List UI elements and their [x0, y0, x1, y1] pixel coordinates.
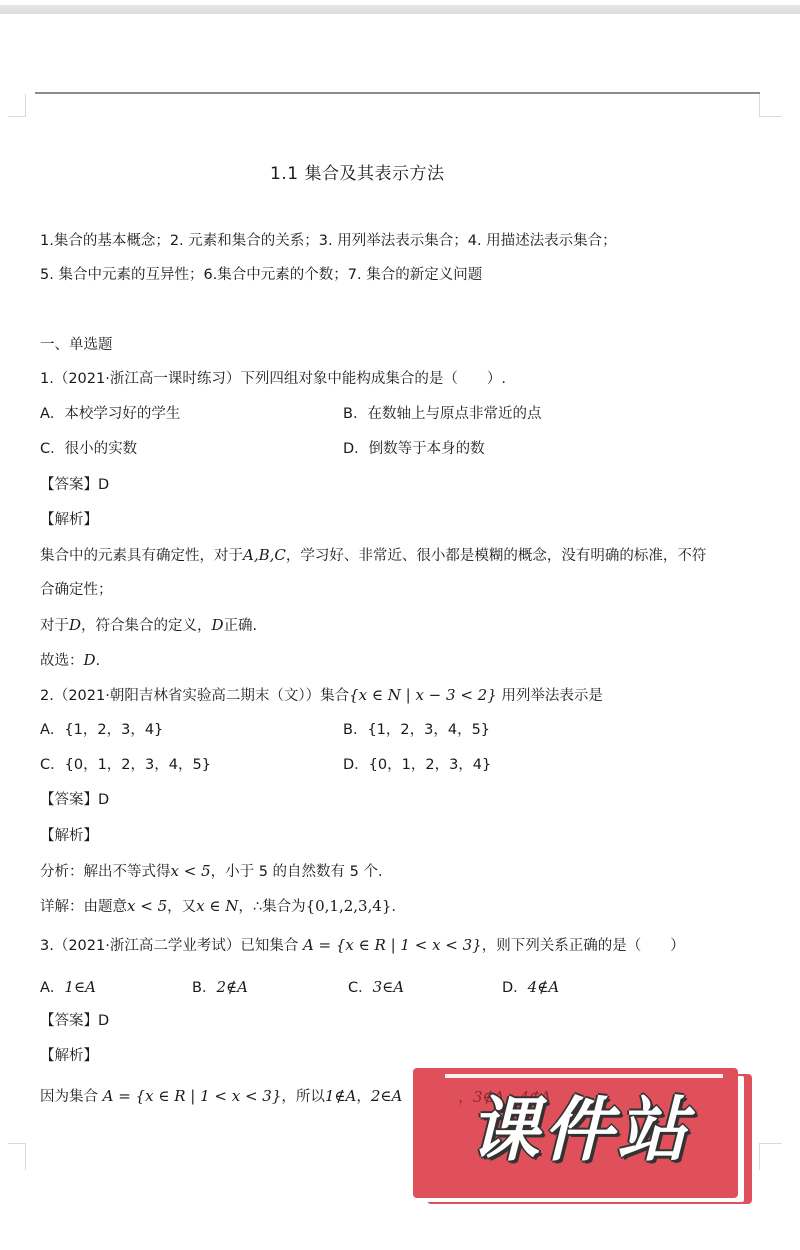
- math-set-a: A = {x ∈ R | 1 < x < 3}: [303, 936, 482, 954]
- watermark-stamp-edge: [445, 1074, 723, 1078]
- question-3-option-a: A．1∈A: [40, 976, 96, 997]
- question-1-analysis-line-4: 故选：D.: [40, 650, 100, 671]
- question-2-analysis-line-1: 分析：解出不等式得x < 5，小于 5 的自然数有 5 个．: [40, 861, 393, 882]
- question-2-option-a: A．{1，2，3，4}: [40, 720, 163, 740]
- question-3-option-c: C．3∈A: [348, 976, 404, 997]
- margin-corner-mark: [8, 1143, 26, 1170]
- section-heading: 一、单选题: [40, 335, 113, 355]
- topics-line-2: 5. 集合中元素的互异性；6.集合中元素的个数；7. 集合的新定义问题: [40, 265, 482, 285]
- question-2-analysis-label: 【解析】: [40, 826, 98, 846]
- topics-line-1: 1.集合的基本概念；2. 元素和集合的关系；3. 用列举法表示集合；4. 用描述…: [40, 231, 617, 251]
- math-abc: A,B,C: [243, 546, 286, 564]
- page-header-rule: [35, 92, 760, 94]
- question-1-stem: 1.（2021·浙江高一课时练习）下列四组对象中能构成集合的是（ ）.: [40, 369, 506, 389]
- question-1-analysis-line-2: 合确定性；: [40, 580, 113, 600]
- math-set-builder: {x ∈ N | x − 3 < 2}: [349, 686, 497, 704]
- margin-corner-mark: [759, 94, 782, 117]
- question-2-answer: 【答案】D: [40, 790, 109, 810]
- question-1-answer: 【答案】D: [40, 475, 109, 495]
- question-1-option-a: A．本校学习好的学生: [40, 404, 180, 424]
- question-2-option-b: B．{1，2，3，4，5}: [343, 720, 490, 740]
- question-2-option-c: C．{0，1，2，3，4，5}: [40, 755, 211, 775]
- question-3-stem: 3.（2021·浙江高二学业考试）已知集合 A = {x ∈ R | 1 < x…: [40, 935, 685, 956]
- question-2-analysis-line-2: 详解：由题意x < 5，又x ∈ N，∴集合为{0,1,2,3,4}．: [40, 896, 406, 917]
- watermark-text: 课件站: [430, 1090, 730, 1170]
- question-3-option-b: B．2∉A: [192, 976, 248, 997]
- question-3-analysis-label: 【解析】: [40, 1046, 98, 1066]
- question-3-option-d: D．4∉A: [502, 976, 559, 997]
- viewer-top-bar: [0, 5, 800, 14]
- page-title: 1.1 集合及其表示方法: [270, 159, 444, 184]
- question-1-analysis-line-3: 对于D，符合集合的定义，D正确.: [40, 615, 257, 636]
- question-1-option-d: D．倒数等于本身的数: [343, 439, 485, 459]
- question-1-analysis-line-1: 集合中的元素具有确定性，对于A,B,C，学习好、非常近、很小都是模糊的概念，没有…: [40, 545, 706, 566]
- margin-corner-mark: [759, 1143, 782, 1170]
- margin-corner-mark: [8, 94, 26, 117]
- question-1-analysis-label: 【解析】: [40, 510, 98, 530]
- question-2-option-d: D．{0，1，2，3，4}: [343, 755, 491, 775]
- question-1-option-c: C．很小的实数: [40, 439, 137, 459]
- question-3-analysis-line-1: 因为集合 A = {x ∈ R | 1 < x < 3}，所以1∉A，2∈A: [40, 1086, 402, 1107]
- question-2-stem: 2.（2021·朝阳吉林省实验高二期末（文））集合{x ∈ N | x − 3 …: [40, 685, 603, 706]
- question-3-answer: 【答案】D: [40, 1011, 109, 1031]
- question-1-option-b: B．在数轴上与原点非常近的点: [343, 404, 541, 424]
